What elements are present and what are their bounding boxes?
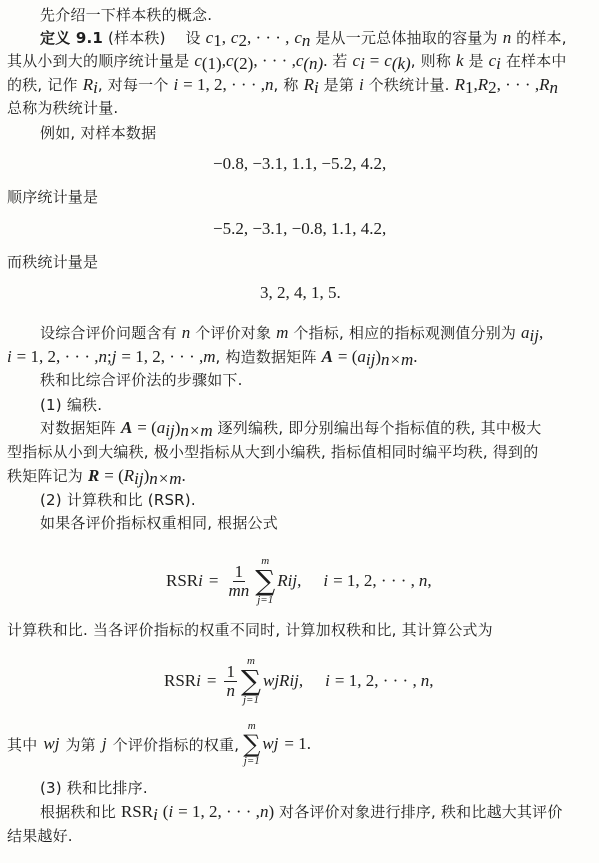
math-dots: , · · · ,: [497, 75, 539, 94]
step2-lead: 如果各评价指标权重相同, 根据公式: [40, 514, 278, 532]
definition-label: 定义 9.1: [40, 29, 103, 47]
step1-line-3: 秩矩阵记为 R = (Rij)n×m.: [7, 466, 186, 486]
math-sub: ij: [165, 421, 174, 440]
definition-text: , 则称: [411, 52, 451, 70]
math-var: a: [357, 347, 366, 366]
math-var: i: [7, 347, 12, 366]
step3-title-line: (3) 秩和比排序.: [40, 778, 148, 798]
intro-line: 先介绍一下样本秩的概念.: [40, 5, 212, 25]
matrix-symbol: A: [121, 418, 132, 437]
example-text: 例如, 对样本数据: [40, 124, 156, 142]
step2-title: (2) 计算秩和比 (RSR).: [40, 491, 196, 509]
fraction-numerator: 1: [233, 563, 246, 582]
definition-text: 在样本中: [506, 52, 567, 70]
setup-line-1: 设综合评价问题含有 n 个评价对象 m 个指标, 相应的指标观测值分别为 aij…: [40, 323, 543, 343]
math-var: R: [279, 671, 289, 691]
math-sub: i: [496, 54, 501, 73]
math-var: n: [503, 28, 512, 47]
fraction: 1 n: [224, 663, 237, 700]
definition-line-3: 的秩, 记作 Ri, 对每一个 i = 1, 2, · · · ,n, 称 Ri…: [7, 75, 558, 95]
weights-text: 个评价指标的权重,: [113, 734, 240, 755]
math-punct: ,: [222, 28, 226, 47]
step1-text: 秩矩阵记为: [7, 467, 83, 485]
rank-statistics: 3, 2, 4, 1, 5.: [260, 283, 341, 303]
math-punct: ): [268, 802, 274, 821]
math-var: w: [262, 734, 273, 754]
definition-text: 是第: [324, 76, 354, 94]
step1-text: 逐列编秩, 即分别编出每个指标值的秩, 其中极大: [218, 419, 542, 437]
math-var: i: [359, 75, 364, 94]
step2-title-line: (2) 计算秩和比 (RSR).: [40, 490, 196, 510]
math-sub: ij: [530, 326, 539, 345]
math-var: n: [419, 571, 428, 591]
step1-title: (1) 编秩.: [40, 396, 102, 414]
math-var: i: [325, 671, 330, 691]
setup-line-2: i = 1, 2, · · · ,n;j = 1, 2, · · · ,m, 构…: [7, 347, 418, 367]
steps-intro: 秩和比综合评价法的步骤如下.: [40, 371, 243, 389]
matrix-symbol: R: [88, 466, 99, 485]
sum-lower: j=1: [244, 756, 260, 767]
math-var: n: [99, 347, 108, 366]
math-sub: n×m: [149, 469, 181, 488]
math-op: = (: [104, 466, 124, 485]
math-range: = 1, 2, · · · ,: [17, 347, 99, 366]
math-sub: i: [314, 78, 319, 97]
math-sub: n×m: [381, 350, 413, 369]
step1-title-line: (1) 编秩.: [40, 395, 102, 415]
math-punct: .: [413, 347, 417, 366]
step1-text: 对数据矩阵: [40, 419, 116, 437]
sum-lower: j=1: [243, 695, 259, 706]
math-punct: ,: [299, 671, 303, 691]
matrix-symbol: A: [322, 347, 333, 366]
step2-lead-line: 如果各评价指标权重相同, 根据公式: [40, 513, 278, 533]
math-sub: (k): [392, 54, 411, 73]
example-lead: 例如, 对样本数据: [40, 123, 156, 143]
math-var: m: [276, 323, 288, 342]
math-sub: (1): [202, 54, 222, 73]
fraction-denominator: mn: [226, 582, 251, 600]
step1-line-2: 型指标从小到大编秩, 极小型指标从大到小编秩, 指标值相同时编平均秩, 得到的: [7, 442, 538, 462]
rank-label: 而秩统计量是: [7, 253, 98, 271]
math-var: R: [83, 75, 93, 94]
order-label: 顺序统计量是: [7, 188, 98, 206]
math-var: R: [539, 75, 549, 94]
math-dots: , · · · ,: [253, 51, 295, 70]
math-op: = (: [137, 418, 157, 437]
definition-text: , 对每一个: [98, 76, 169, 94]
math-var: c: [384, 51, 392, 70]
setup-text: , 构造数据矩阵: [216, 348, 317, 366]
math-sub: (n): [303, 54, 323, 73]
math-sub: n: [549, 78, 558, 97]
summation: m ∑ j=1: [243, 721, 260, 767]
math-punct: ,: [297, 571, 301, 591]
definition-line-4: 总称为秩统计量.: [7, 98, 118, 118]
definition-text: 是从一元总体抽取的容量为: [315, 29, 497, 47]
math-var: w: [263, 671, 274, 691]
step2-mid: 计算秩和比. 当各评价指标的权重不同时, 计算加权秩和比, 其计算公式为: [7, 621, 493, 639]
math-op: =: [370, 51, 380, 70]
definition-text: 的样本,: [516, 29, 567, 47]
weights-text: 为第: [65, 734, 95, 755]
intro-text: 先介绍一下样本秩的概念.: [40, 6, 212, 24]
step3-text: 对各评价对象进行排序, 秩和比越大其评价: [279, 803, 563, 821]
definition-text: 总称为秩统计量.: [7, 99, 118, 117]
fraction-denominator: n: [224, 682, 237, 700]
sigma-icon: ∑: [241, 667, 261, 695]
step1-text: 型指标从小到大编秩, 极小型指标从大到小编秩, 指标值相同时编平均秩, 得到的: [7, 443, 538, 461]
definition-text: 其从小到大的顺序统计量是: [7, 52, 189, 70]
definition-text: 若: [332, 52, 347, 70]
math-range: = 1, 2, · · · ,: [333, 571, 415, 591]
math-sub: 2: [488, 78, 497, 97]
fraction: 1 mn: [226, 563, 251, 600]
definition-line-2: 其从小到大的顺序统计量是 c(1),c(2), · · · ,c(n). 若 c…: [7, 51, 567, 71]
steps-intro-line: 秩和比综合评价法的步骤如下.: [40, 370, 243, 390]
step3-line-2: 结果越好.: [7, 826, 73, 846]
definition-text: , 称: [274, 76, 299, 94]
math-var: n: [421, 671, 430, 691]
math-var: i: [323, 571, 328, 591]
math-op: = 1.: [284, 734, 311, 754]
formula-rsr-weighted: RSRi = 1 n m ∑ j=1 wj Rij, i = 1, 2, · ·…: [164, 653, 433, 709]
math-var: j: [112, 347, 117, 366]
rsr-symbol: RSR: [164, 671, 196, 691]
definition-text: 的秩, 记作: [7, 76, 78, 94]
math-var: c: [226, 51, 234, 70]
math-op: =: [209, 571, 219, 591]
math-var: c: [194, 51, 202, 70]
definition-title: (样本秩): [108, 29, 166, 47]
weights-text: 其中: [7, 734, 37, 755]
step2-mid-line: 计算秩和比. 当各评价指标的权重不同时, 计算加权秩和比, 其计算公式为: [7, 620, 493, 640]
math-var: j: [102, 734, 107, 754]
rsr-symbol: RSR: [166, 571, 198, 591]
summation: m ∑ j=1: [241, 656, 261, 706]
math-var: a: [521, 323, 530, 342]
math-punct: ,: [429, 671, 433, 691]
math-var: c: [353, 51, 361, 70]
step3-text: 结果越好.: [7, 827, 73, 845]
math-var: R: [124, 466, 134, 485]
math-var: R: [455, 75, 465, 94]
summation: m ∑ j=1: [255, 556, 275, 606]
step3-line-1: 根据秩和比 RSRi (i = 1, 2, · · · ,n) 对各评价对象进行…: [40, 802, 563, 822]
math-sub: (2): [234, 54, 254, 73]
math-var: i: [174, 75, 179, 94]
sigma-icon: ∑: [255, 567, 275, 595]
math-var: R: [478, 75, 488, 94]
order-statistics: −5.2, −3.1, −0.8, 1.1, 4.2,: [213, 219, 386, 239]
math-var: i: [168, 802, 173, 821]
step3-text: 根据秩和比: [40, 803, 116, 821]
setup-text: 个评价对象: [195, 324, 271, 342]
math-range: = 1, 2, · · · ,: [183, 75, 265, 94]
math-punct: .: [182, 466, 186, 485]
rank-label-line: 而秩统计量是: [7, 252, 98, 272]
math-var: k: [456, 51, 464, 70]
sigma-icon: ∑: [243, 732, 260, 756]
math-var: R: [304, 75, 314, 94]
example-data: −0.8, −3.1, 1.1, −5.2, 4.2,: [213, 154, 386, 174]
definition-line-1: 定义 9.1 (样本秩) 设 c1, c2, · · · , cn 是从一元总体…: [40, 28, 567, 48]
formula-rsr-equal-weights: RSRi = 1 mn m ∑ j=1 Rij, i = 1, 2, · · ·…: [166, 553, 432, 609]
math-sub: i: [360, 54, 365, 73]
math-dots: , · · · ,: [247, 28, 289, 47]
setup-text: 设综合评价问题含有: [40, 324, 177, 342]
math-sub: i: [153, 805, 158, 824]
math-sub: n×m: [180, 421, 212, 440]
math-var: R: [277, 571, 287, 591]
definition-text: 设: [186, 29, 201, 47]
math-var: m: [203, 347, 215, 366]
math-op: =: [207, 671, 217, 691]
math-range: = 1, 2, · · · ,: [178, 802, 260, 821]
math-punct: ,: [539, 323, 543, 342]
math-punct: ,: [427, 571, 431, 591]
math-sub: n: [302, 31, 311, 50]
math-range: = 1, 2, · · · ,: [121, 347, 203, 366]
fraction-numerator: 1: [224, 663, 237, 682]
math-sub: 2: [238, 31, 247, 50]
definition-text: 个秩统计量.: [369, 76, 450, 94]
math-var: c: [294, 28, 302, 47]
math-sub: 1: [213, 31, 222, 50]
order-label-line: 顺序统计量是: [7, 187, 98, 207]
math-range: = 1, 2, · · · ,: [335, 671, 417, 691]
step3-title: (3) 秩和比排序.: [40, 779, 148, 797]
weights-line: 其中 wj 为第 j 个评价指标的权重, m ∑ j=1 wj = 1.: [7, 722, 311, 766]
math-var: w: [43, 734, 54, 754]
setup-text: 个指标, 相应的指标观测值分别为: [293, 324, 516, 342]
math-sub: ij: [366, 350, 375, 369]
step1-line-1: 对数据矩阵 A = (aij)n×m 逐列编秩, 即分别编出每个指标值的秩, 其…: [40, 418, 541, 438]
math-var: n: [182, 323, 191, 342]
math-op: = (: [338, 347, 358, 366]
sum-lower: j=1: [257, 595, 273, 606]
definition-text: 是: [468, 52, 483, 70]
rsr-symbol: RSR: [121, 802, 153, 821]
math-var: a: [157, 418, 166, 437]
math-var: n: [265, 75, 274, 94]
math-sub: ij: [134, 469, 143, 488]
